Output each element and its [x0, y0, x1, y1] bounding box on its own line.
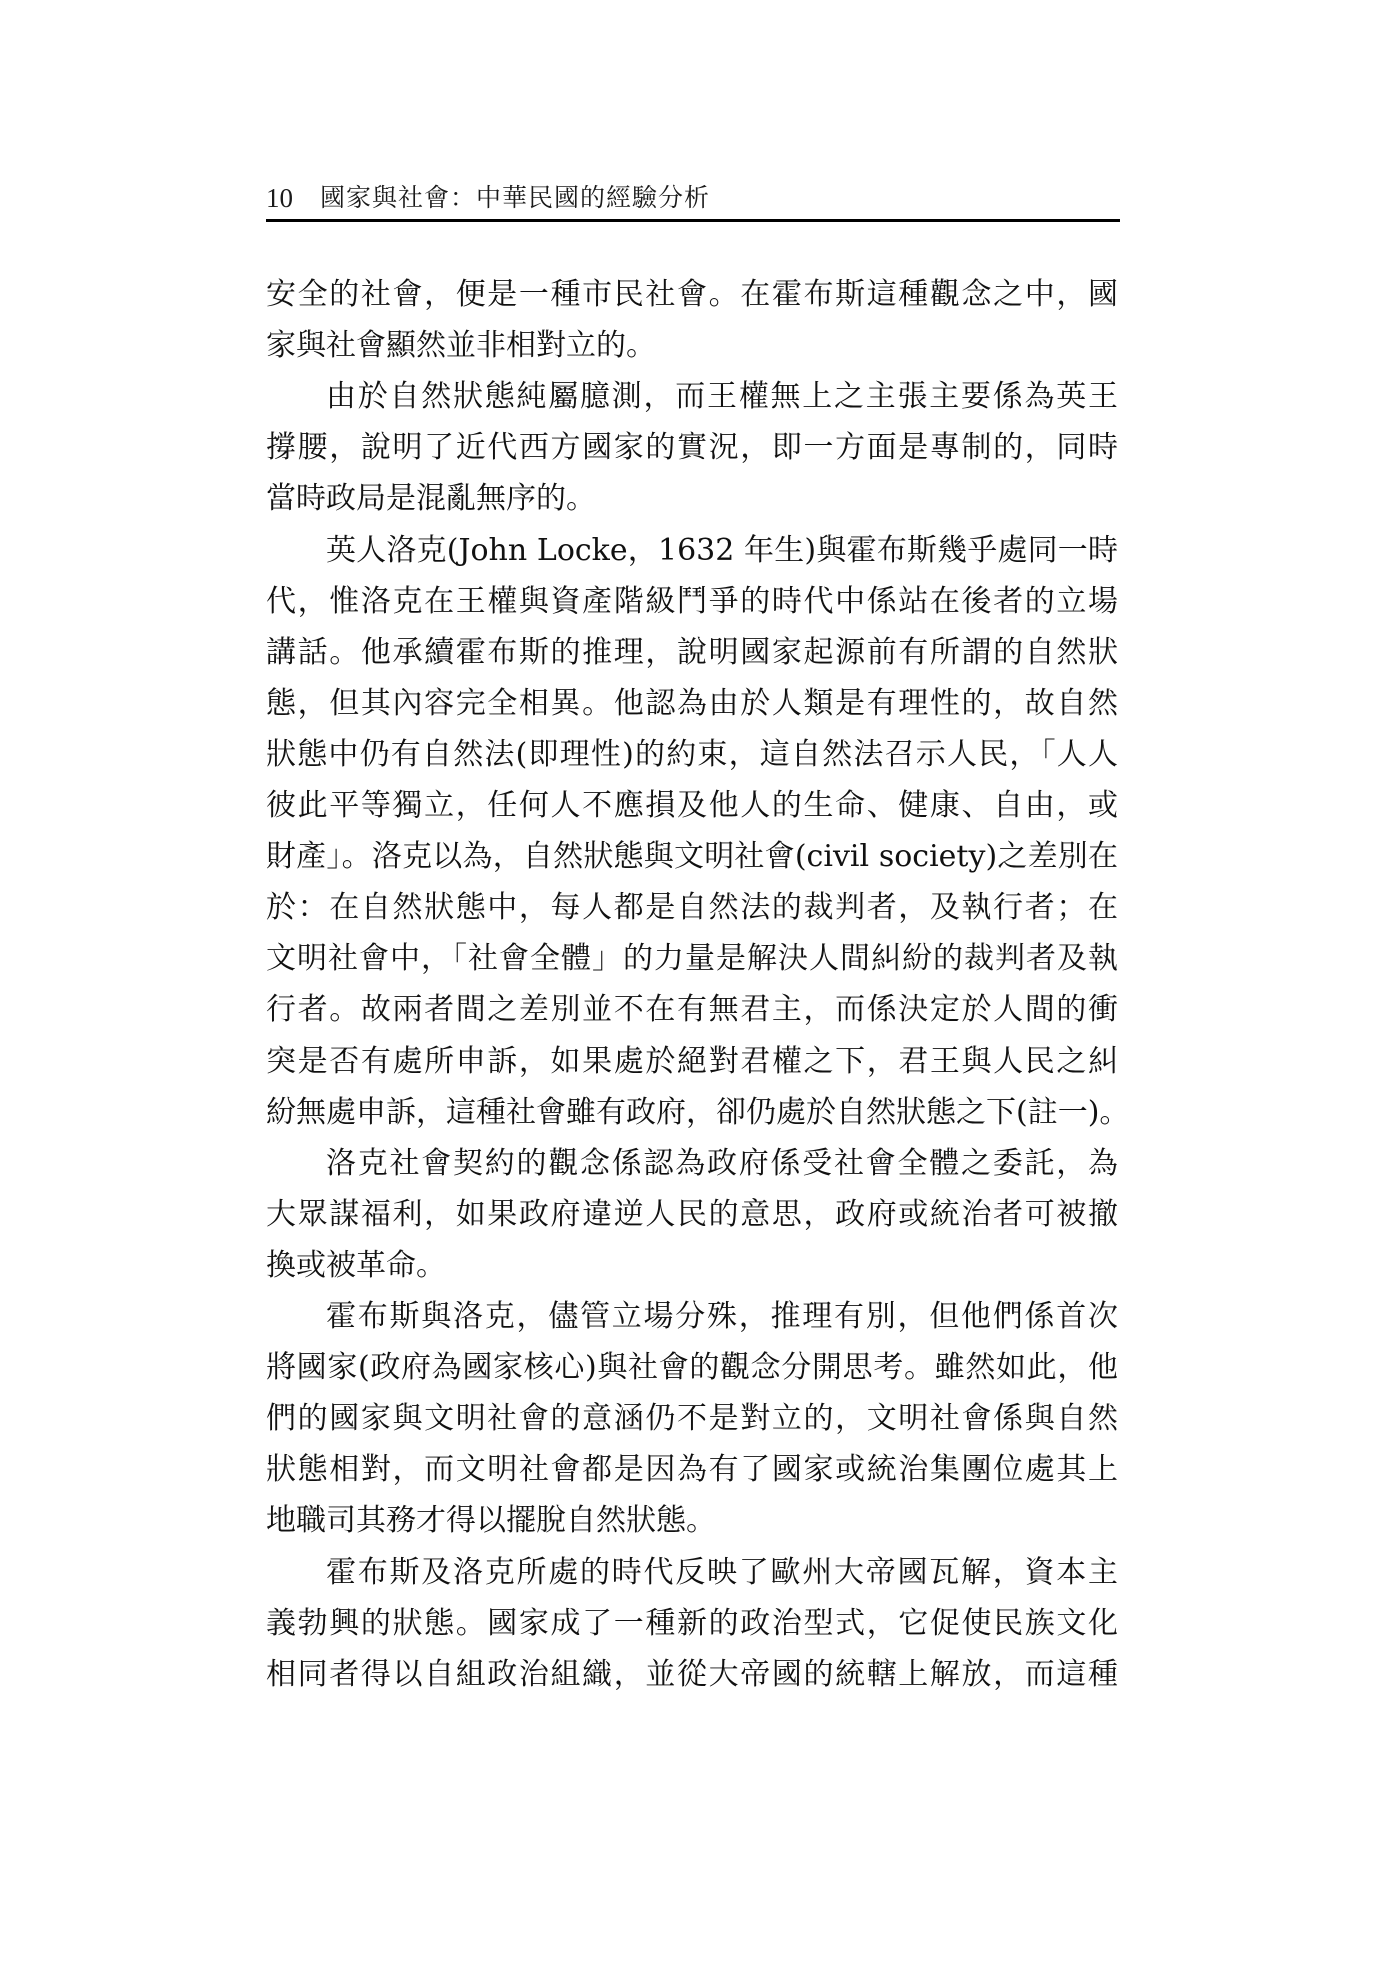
text-line: 霍布斯與洛克，儘管立場分殊，推理有別，但他們係首次	[326, 1291, 1118, 1342]
text-line: 大眾謀福利，如果政府違逆人民的意思，政府或統治者可被撤	[266, 1189, 1118, 1240]
page-number: 10	[266, 180, 293, 216]
text-line: 當時政局是混亂無序的。	[266, 473, 1118, 524]
text-line: 文明社會中，「社會全體」的力量是解決人間糾紛的裁判者及執	[266, 933, 1118, 984]
text-line: 義勃興的狀態。國家成了一種新的政治型式，它促使民族文化	[266, 1598, 1118, 1649]
running-head: 10 國家與社會：中華民國的經驗分析	[266, 180, 1120, 216]
text-line: 於：在自然狀態中，每人都是自然法的裁判者，及執行者；在	[266, 882, 1118, 933]
text-line: 狀態相對，而文明社會都是因為有了國家或統治集團位處其上	[266, 1444, 1118, 1495]
text-line: 財產」。洛克以為，自然狀態與文明社會(civil society)之差別在	[266, 831, 1118, 882]
text-line: 態，但其內容完全相異。他認為由於人類是有理性的，故自然	[266, 678, 1118, 729]
text-line: 家與社會顯然並非相對立的。	[266, 320, 1118, 371]
text-line: 撐腰，說明了近代西方國家的實況，即一方面是專制的，同時	[266, 422, 1118, 473]
text-line: 講話。他承續霍布斯的推理，說明國家起源前有所謂的自然狀	[266, 627, 1118, 678]
text-line: 換或被革命。	[266, 1240, 1118, 1291]
text-line: 突是否有處所申訴，如果處於絕對君權之下，君王與人民之糾	[266, 1036, 1118, 1087]
text-line: 將國家(政府為國家核心)與社會的觀念分開思考。雖然如此，他	[266, 1342, 1118, 1393]
text-line: 狀態中仍有自然法(即理性)的約束，這自然法召示人民，「人人	[266, 729, 1118, 780]
text-line: 霍布斯及洛克所處的時代反映了歐州大帝國瓦解，資本主	[326, 1547, 1118, 1598]
book-title: 國家與社會：中華民國的經驗分析	[320, 180, 710, 216]
text-line: 紛無處申訴，這種社會雖有政府，卻仍處於自然狀態之下(註一)。	[266, 1087, 1118, 1138]
text-line: 由於自然狀態純屬臆測，而王權無上之主張主要係為英王	[326, 371, 1118, 422]
text-line: 洛克社會契約的觀念係認為政府係受社會全體之委託，為	[326, 1138, 1118, 1189]
text-line: 安全的社會，便是一種市民社會。在霍布斯這種觀念之中，國	[266, 269, 1118, 320]
header-rule-divider	[266, 219, 1120, 222]
text-line: 英人洛克(John Locke，1632 年生)與霍布斯幾乎處同一時	[326, 525, 1118, 576]
book-page: 10 國家與社會：中華民國的經驗分析 安全的社會，便是一種市民社會。在霍布斯這種…	[0, 0, 1386, 1969]
text-line: 相同者得以自組政治組織，並從大帝國的統轄上解放，而這種	[266, 1649, 1118, 1700]
text-line: 地職司其務才得以擺脫自然狀態。	[266, 1495, 1118, 1546]
text-line: 彼此平等獨立，任何人不應損及他人的生命、健康、自由，或	[266, 780, 1118, 831]
text-line: 代，惟洛克在王權與資產階級鬥爭的時代中係站在後者的立場	[266, 576, 1118, 627]
text-line: 行者。故兩者間之差別並不在有無君主，而係決定於人間的衝	[266, 984, 1118, 1035]
text-line: 們的國家與文明社會的意涵仍不是對立的，文明社會係與自然	[266, 1393, 1118, 1444]
